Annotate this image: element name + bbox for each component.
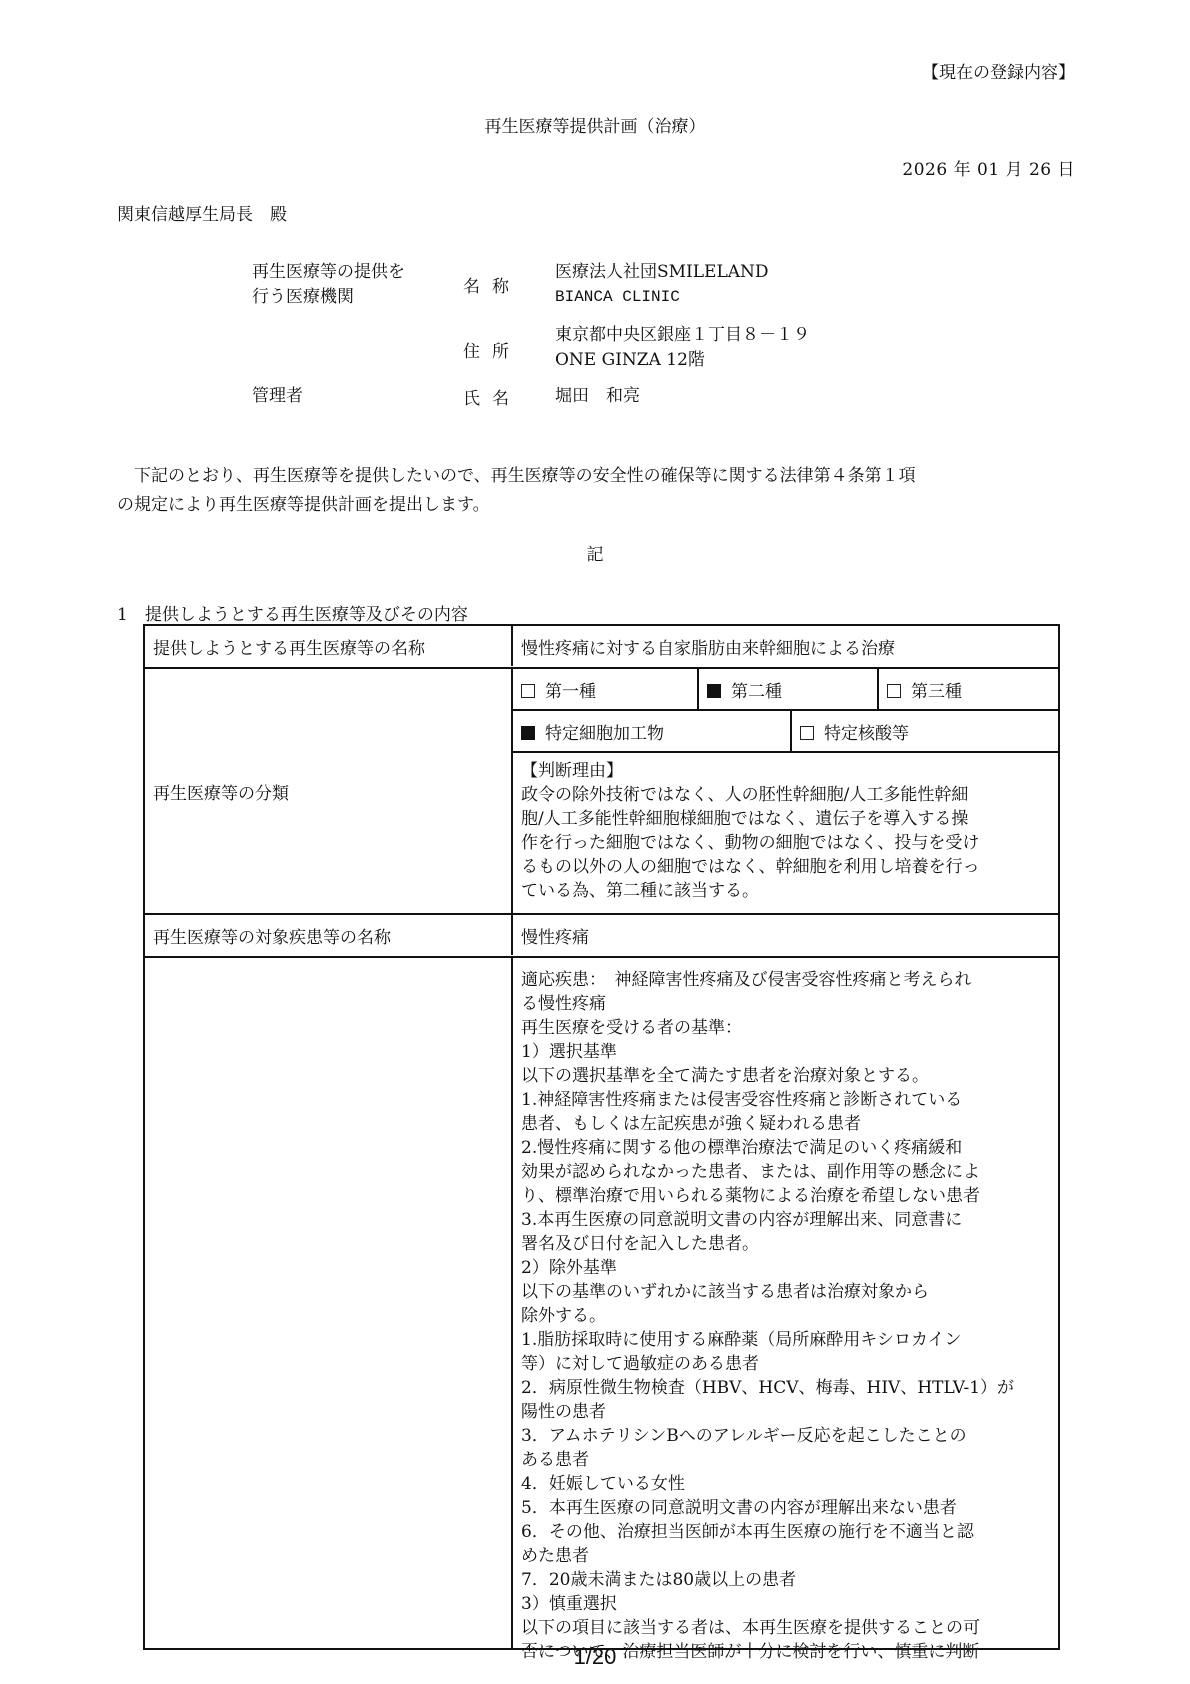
- reason-line: ている為、第二種に該当する。: [521, 879, 1050, 903]
- manager-key: 氏名: [463, 384, 521, 409]
- intro-line2: の規定により再生医療等提供計画を提出します。: [117, 491, 1072, 520]
- institution-label-line1: 再生医療等の提供を: [252, 260, 405, 285]
- table-row-criteria: 適応疾患： 神経障害性疼痛及び侵害受容性疼痛と考えられ る慢性疼痛 再生医療を受…: [145, 956, 1058, 1648]
- section1-heading: 1 提供しようとする再生医療等及びその内容: [117, 600, 468, 625]
- criteria-line: 患者、もしくは左記疾患が強く疑われる患者: [521, 1112, 1050, 1136]
- date-year: 2026: [902, 160, 947, 180]
- reason-heading: 【判断理由】: [521, 759, 1050, 783]
- classification-material-row: 特定細胞加工物 特定核酸等: [513, 711, 1058, 753]
- criteria-line: 1）選択基準: [521, 1040, 1050, 1064]
- criteria-label: [145, 958, 513, 1648]
- institution-address-line1: 東京都中央区銀座１丁目８－１９: [555, 323, 810, 348]
- manager-name: 堀田 和亮: [555, 384, 640, 409]
- classification-label: 再生医療等の分類: [153, 779, 289, 804]
- criteria-line: 1.脂肪採取時に使用する麻酔薬（局所麻酔用キシロカイン: [521, 1328, 1050, 1352]
- intro-paragraph: 下記のとおり、再生医療等を提供したいので、再生医療等の安全性の確保等に関する法律…: [117, 462, 1072, 520]
- classification-type-row: 第一種 第二種 第三種: [513, 669, 1058, 711]
- criteria-line: 以下の項目に該当する者は、本再生医療を提供することの可: [521, 1616, 1050, 1640]
- criteria-line: 3.本再生医療の同意説明文書の内容が理解出来、同意書に: [521, 1208, 1050, 1232]
- registration-status-label: 【現在の登録内容】: [922, 58, 1075, 83]
- institution-name-line2: BIANCA CLINIC: [555, 285, 769, 310]
- criteria-line: 6．その他、治療担当医師が本再生医療の施行を不適当と認: [521, 1520, 1050, 1544]
- institution-name-text1: 医療法人社団SMILELAND: [555, 262, 769, 282]
- type-option-1[interactable]: 第一種: [513, 669, 699, 709]
- classification-reason: 【判断理由】 政令の除外技術ではなく、人の胚性幹細胞/人工多能性幹細 胞/人工多…: [513, 753, 1058, 913]
- criteria-line: 2.慢性疼痛に関する他の標準治療法で満足のいく疼痛緩和: [521, 1136, 1050, 1160]
- table-row-classification: 再生医療等の分類 第一種 第二種 第三種 特定細胞加工物 特定核酸等: [145, 667, 1058, 913]
- criteria-line: 7．20歳未満または80歳以上の患者: [521, 1568, 1050, 1592]
- criteria-line: 3）慎重選択: [521, 1592, 1050, 1616]
- type-option-2-label: 第二種: [731, 682, 782, 702]
- reason-line: 胞/人工多能性幹細胞様細胞ではなく、遺伝子を導入する操: [521, 807, 1050, 831]
- document-date: 2026 年 01 月 26 日: [902, 155, 1075, 180]
- type-option-3[interactable]: 第三種: [879, 669, 1058, 709]
- material-option-1-label: 特定細胞加工物: [545, 724, 664, 744]
- checkbox-unchecked-icon[interactable]: [521, 684, 535, 698]
- date-month-unit: 月: [1006, 160, 1024, 180]
- criteria-text: 適応疾患： 神経障害性疼痛及び侵害受容性疼痛と考えられ る慢性疼痛 再生医療を受…: [513, 958, 1058, 1672]
- criteria-line: 適応疾患： 神経障害性疼痛及び侵害受容性疼痛と考えられ: [521, 968, 1050, 992]
- criteria-line: 2．病原性微生物検査（HBV、HCV、梅毒、HIV、HTLV-1）が: [521, 1376, 1050, 1400]
- criteria-line: 陽性の患者: [521, 1400, 1050, 1424]
- criteria-line: 1.神経障害性疼痛または侵害受容性疼痛と診断されている: [521, 1088, 1050, 1112]
- institution-address: 東京都中央区銀座１丁目８－１９ ONE GINZA 12階: [555, 323, 810, 373]
- type-option-2[interactable]: 第二種: [699, 669, 879, 709]
- checkbox-checked-icon[interactable]: [521, 726, 535, 740]
- institution-name-line1: 医療法人社団SMILELAND: [555, 260, 769, 285]
- material-option-2-label: 特定核酸等: [824, 724, 909, 744]
- treatment-name-label: 提供しようとする再生医療等の名称: [145, 626, 513, 666]
- reason-line: 政令の除外技術ではなく、人の胚性幹細胞/人工多能性幹細: [521, 783, 1050, 807]
- institution-label: 再生医療等の提供を 行う医療機関: [252, 260, 405, 310]
- name-key: 名称: [463, 272, 521, 297]
- date-year-unit: 年: [954, 160, 972, 180]
- ki-marker: 記: [0, 540, 1190, 565]
- treatment-content-table: 提供しようとする再生医療等の名称 慢性疼痛に対する自家脂肪由来幹細胞による治療 …: [143, 624, 1060, 1650]
- reason-line: るもの以外の人の細胞ではなく、幹細胞を利用し培養を行っ: [521, 855, 1050, 879]
- institution-name: 医療法人社団SMILELAND BIANCA CLINIC: [555, 260, 769, 310]
- criteria-line: 除外する。: [521, 1304, 1050, 1328]
- material-option-2[interactable]: 特定核酸等: [792, 711, 1058, 751]
- checkbox-unchecked-icon[interactable]: [887, 684, 901, 698]
- criteria-line: 3．アムホテリシンBへのアレルギー反応を起こしたことの: [521, 1424, 1050, 1448]
- criteria-line: り、標準治療で用いられる薬物による治療を希望しない患者: [521, 1184, 1050, 1208]
- criteria-line: 5．本再生医療の同意説明文書の内容が理解出来ない患者: [521, 1496, 1050, 1520]
- criteria-line: 4．妊娠している女性: [521, 1472, 1050, 1496]
- manager-label: 管理者: [252, 384, 303, 409]
- table-row-treatment-name: 提供しようとする再生医療等の名称 慢性疼痛に対する自家脂肪由来幹細胞による治療: [145, 626, 1058, 667]
- date-day: 26: [1029, 160, 1052, 180]
- classification-label-cell: 再生医療等の分類: [145, 669, 513, 913]
- address-key: 住所: [463, 337, 521, 362]
- criteria-line: めた患者: [521, 1544, 1050, 1568]
- target-disease-value: 慢性疼痛: [513, 915, 1058, 956]
- criteria-line: 等）に対して過敏症のある患者: [521, 1352, 1050, 1376]
- date-month: 01: [977, 160, 1000, 180]
- criteria-line: 2）除外基準: [521, 1256, 1050, 1280]
- institution-address-line2: ONE GINZA 12階: [555, 348, 810, 373]
- date-day-unit: 日: [1058, 160, 1076, 180]
- criteria-line: 以下の選択基準を全て満たす患者を治療対象とする。: [521, 1064, 1050, 1088]
- criteria-line: る慢性疼痛: [521, 992, 1050, 1016]
- document-title: 再生医療等提供計画（治療）: [0, 112, 1190, 137]
- intro-line1: 下記のとおり、再生医療等を提供したいので、再生医療等の安全性の確保等に関する法律…: [117, 462, 1072, 491]
- criteria-line: 以下の基準のいずれかに該当する患者は治療対象から: [521, 1280, 1050, 1304]
- treatment-name-value: 慢性疼痛に対する自家脂肪由来幹細胞による治療: [513, 626, 1058, 667]
- material-option-1[interactable]: 特定細胞加工物: [513, 711, 792, 751]
- criteria-line: 効果が認められなかった患者、または、副作用等の懸念によ: [521, 1160, 1050, 1184]
- criteria-line: 署名及び日付を記入した患者。: [521, 1232, 1050, 1256]
- checkbox-checked-icon[interactable]: [707, 684, 721, 698]
- type-option-3-label: 第三種: [911, 682, 962, 702]
- criteria-line: ある患者: [521, 1448, 1050, 1472]
- type-option-1-label: 第一種: [545, 682, 596, 702]
- addressee: 関東信越厚生局長 殿: [117, 200, 287, 225]
- page-indicator: 1/20: [0, 1644, 1190, 1670]
- table-row-target-disease: 再生医療等の対象疾患等の名称 慢性疼痛: [145, 913, 1058, 956]
- target-disease-label: 再生医療等の対象疾患等の名称: [145, 915, 513, 955]
- reason-line: 作を行った細胞ではなく、動物の細胞ではなく、投与を受け: [521, 831, 1050, 855]
- institution-label-line2: 行う医療機関: [252, 285, 405, 310]
- checkbox-unchecked-icon[interactable]: [800, 726, 814, 740]
- criteria-line: 再生医療を受ける者の基準：: [521, 1016, 1050, 1040]
